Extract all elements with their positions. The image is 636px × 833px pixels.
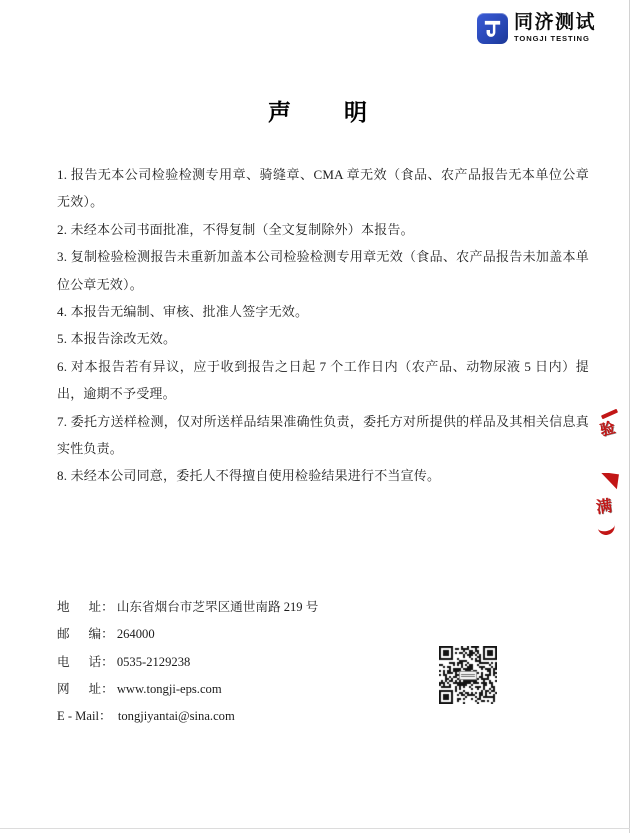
document-page: 同济测试 TONGJI TESTING 声明 1. 报告无本公司检验检测专用章、… (0, 0, 636, 833)
statement-item: 5. 本报告涂改无效。 (57, 325, 589, 352)
seal-glyph: 满 (595, 493, 614, 518)
contact-label: E - Mail： (57, 709, 118, 723)
qr-code (439, 646, 497, 704)
contact-value: www.tongji-eps.com (117, 682, 222, 696)
contact-row: 地 址： 山东省烟台市芝罘区通世南路 219 号 (57, 594, 318, 621)
contact-value: 山东省烟台市芝罘区通世南路 219 号 (117, 600, 319, 614)
contact-row: 网 址： www.tongji-eps.com (57, 676, 318, 703)
seal-stroke (601, 409, 618, 419)
contact-row: 邮 编： 264000 (57, 621, 318, 648)
statement-item: 3. 复制检验检测报告未重新加盖本公司检验检测专用章无效（食品、农产品报告未加盖… (57, 243, 589, 298)
statement-item: 7. 委托方送样检测，仅对所送样品结果准确性负责，委托方对所提供的样品及其相关信… (57, 408, 589, 463)
contact-value: tongjiyantai@sina.com (118, 709, 235, 723)
logo-name-cn: 同济测试 (514, 13, 596, 32)
contact-label: 地 址： (57, 600, 117, 614)
seal-fragment-top: 验 (598, 409, 622, 463)
statement-item: 1. 报告无本公司检验检测专用章、骑缝章、CMA 章无效（食品、农产品报告无本单… (57, 161, 589, 216)
contact-label: 网 址： (57, 682, 117, 696)
contact-block: 地 址： 山东省烟台市芝罘区通世南路 219 号 邮 编： 264000 电 话… (57, 594, 318, 730)
company-logo: 同济测试 TONGJI TESTING (477, 13, 596, 44)
contact-label: 电 话： (57, 655, 117, 669)
title-char-2: 明 (344, 100, 368, 125)
statement-item: 2. 未经本公司书面批准，不得复制（全文复制除外）本报告。 (57, 216, 589, 243)
contact-value: 0535-2129238 (117, 655, 190, 669)
contact-label: 邮 编： (57, 627, 117, 641)
logo-text: 同济测试 TONGJI TESTING (514, 13, 596, 43)
statement-item: 8. 未经本公司同意，委托人不得擅自使用检验结果进行不当宣传。 (57, 462, 589, 489)
statement-item: 6. 对本报告若有异议，应于收到报告之日起 7 个工作日内（农产品、动物尿液 5… (57, 353, 589, 408)
contact-row: E - Mail： tongjiyantai@sina.com (57, 703, 318, 730)
page-title: 声明 (0, 94, 636, 127)
page-edge-bottom (0, 828, 630, 829)
statement-item: 4. 本报告无编制、审核、批准人签字无效。 (57, 298, 589, 325)
logo-name-en: TONGJI TESTING (514, 35, 596, 43)
tj-monogram-icon (477, 13, 508, 44)
title-char-1: 声 (268, 100, 292, 125)
seal-stroke (598, 473, 619, 489)
contact-value: 264000 (117, 627, 155, 641)
seal-fragment-bottom: 满 (595, 473, 622, 551)
statement-list: 1. 报告无本公司检验检测专用章、骑缝章、CMA 章无效（食品、农产品报告无本单… (57, 161, 589, 490)
seal-glyph: 验 (598, 416, 617, 440)
seal-stroke (597, 520, 616, 536)
contact-row: 电 话： 0535-2129238 (57, 649, 318, 676)
